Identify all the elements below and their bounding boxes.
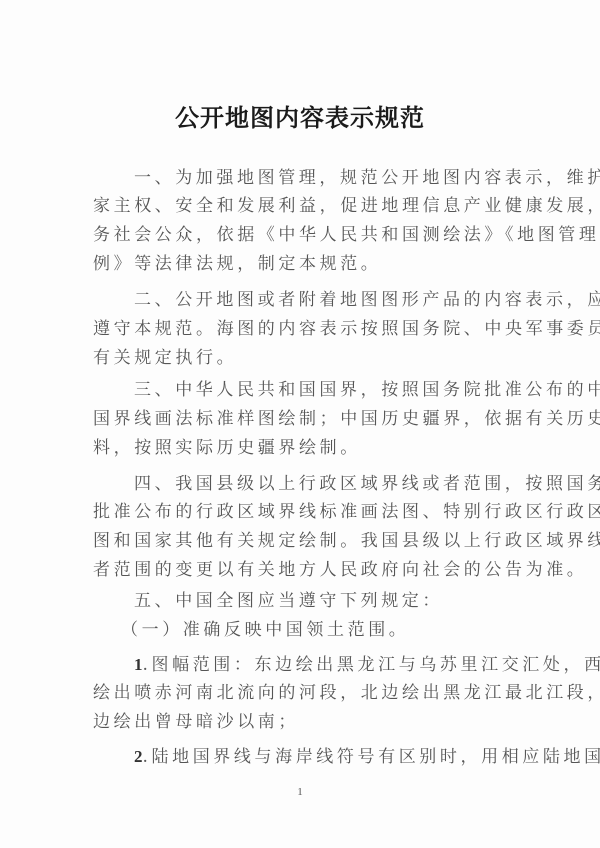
line-text: 五、中国全图应当遵守下列规定： [134, 591, 443, 611]
item-number: 2 [134, 747, 143, 766]
line-text: .图幅范围：东边绘出黑龙江与乌苏里江交汇处，西边 [143, 655, 600, 675]
line-text: 批准公布的行政区域界线标准画法图、特别行政区行政区域 [93, 502, 600, 522]
line-text: 例》等法律法规，制定本规范。 [93, 254, 381, 274]
paragraph-3-line-3: 料，按照实际历史疆界绘制。 [93, 434, 513, 462]
line-text: 国界线画法标准样图绘制；中国历史疆界，依据有关历史资 [93, 409, 600, 429]
line-text: 二、公开地图或者附着地图图形产品的内容表示，应当 [134, 290, 600, 310]
line-text: 四、我国县级以上行政区域界线或者范围，按照国务院 [134, 474, 600, 494]
line-text: 料，按照实际历史疆界绘制。 [93, 438, 361, 458]
subsection-1-heading: （一）准确反映中国领土范围。 [93, 616, 541, 644]
line-text: 绘出喷赤河南北流向的河段，北边绘出黑龙江最北江段，南 [93, 683, 600, 703]
item-1-line-2: 绘出喷赤河南北流向的河段，北边绘出黑龙江最北江段，南 [93, 679, 513, 707]
paragraph-2-line-3: 有关规定执行。 [93, 344, 513, 372]
item-1-line-1: 1.图幅范围：东边绘出黑龙江与乌苏里江交汇处，西边 [93, 651, 554, 679]
line-text: 务社会公众，依据《中华人民共和国测绘法》《地图管理条 [93, 225, 600, 245]
paragraph-4-line-1: 四、我国县级以上行政区域界线或者范围，按照国务院 [93, 470, 554, 498]
paragraph-1-line-3: 务社会公众，依据《中华人民共和国测绘法》《地图管理条 [93, 221, 513, 249]
line-text: 边绘出曾母暗沙以南； [93, 712, 299, 732]
line-text: 图和国家其他有关规定绘制。我国县级以上行政区域界线或 [93, 531, 600, 551]
line-text: 者范围的变更以有关地方人民政府向社会的公告为准。 [93, 560, 587, 580]
line-text: .陆地国界线与海岸线符号有区别时，用相应陆地国界 [143, 747, 600, 767]
line-text: 三、中华人民共和国国界，按照国务院批准公布的中国 [134, 380, 600, 400]
paragraph-1-line-1: 一、为加强地图管理，规范公开地图内容表示，维护国 [93, 164, 554, 192]
page-title: 公开地图内容表示规范 [0, 103, 600, 133]
paragraph-1-line-4: 例》等法律法规，制定本规范。 [93, 250, 513, 278]
item-1-line-3: 边绘出曾母暗沙以南； [93, 708, 513, 736]
paragraph-4-line-4: 者范围的变更以有关地方人民政府向社会的公告为准。 [93, 556, 513, 584]
line-text: 家主权、安全和发展利益，促进地理信息产业健康发展，服 [93, 196, 600, 216]
item-2-line-1: 2.陆地国界线与海岸线符号有区别时，用相应陆地国界 [93, 743, 554, 771]
paragraph-4-line-3: 图和国家其他有关规定绘制。我国县级以上行政区域界线或 [93, 527, 513, 555]
line-text: 遵守本规范。海图的内容表示按照国务院、中央军事委员会 [93, 319, 600, 339]
paragraph-3-line-2: 国界线画法标准样图绘制；中国历史疆界，依据有关历史资 [93, 405, 513, 433]
line-text: 一、为加强地图管理，规范公开地图内容表示，维护国 [134, 168, 600, 188]
paragraph-5-line-1: 五、中国全图应当遵守下列规定： [93, 587, 554, 615]
paragraph-3-line-1: 三、中华人民共和国国界，按照国务院批准公布的中国 [93, 376, 554, 404]
paragraph-1-line-2: 家主权、安全和发展利益，促进地理信息产业健康发展，服 [93, 192, 513, 220]
line-text: 有关规定执行。 [93, 348, 237, 368]
item-number: 1 [134, 655, 143, 674]
page-number: 1 [0, 786, 600, 798]
line-text: （一）准确反映中国领土范围。 [121, 620, 409, 640]
paragraph-4-line-2: 批准公布的行政区域界线标准画法图、特别行政区行政区域 [93, 498, 513, 526]
paragraph-2-line-2: 遵守本规范。海图的内容表示按照国务院、中央军事委员会 [93, 315, 513, 343]
paragraph-2-line-1: 二、公开地图或者附着地图图形产品的内容表示，应当 [93, 286, 554, 314]
document-page: 公开地图内容表示规范 一、为加强地图管理，规范公开地图内容表示，维护国 家主权、… [0, 0, 600, 848]
